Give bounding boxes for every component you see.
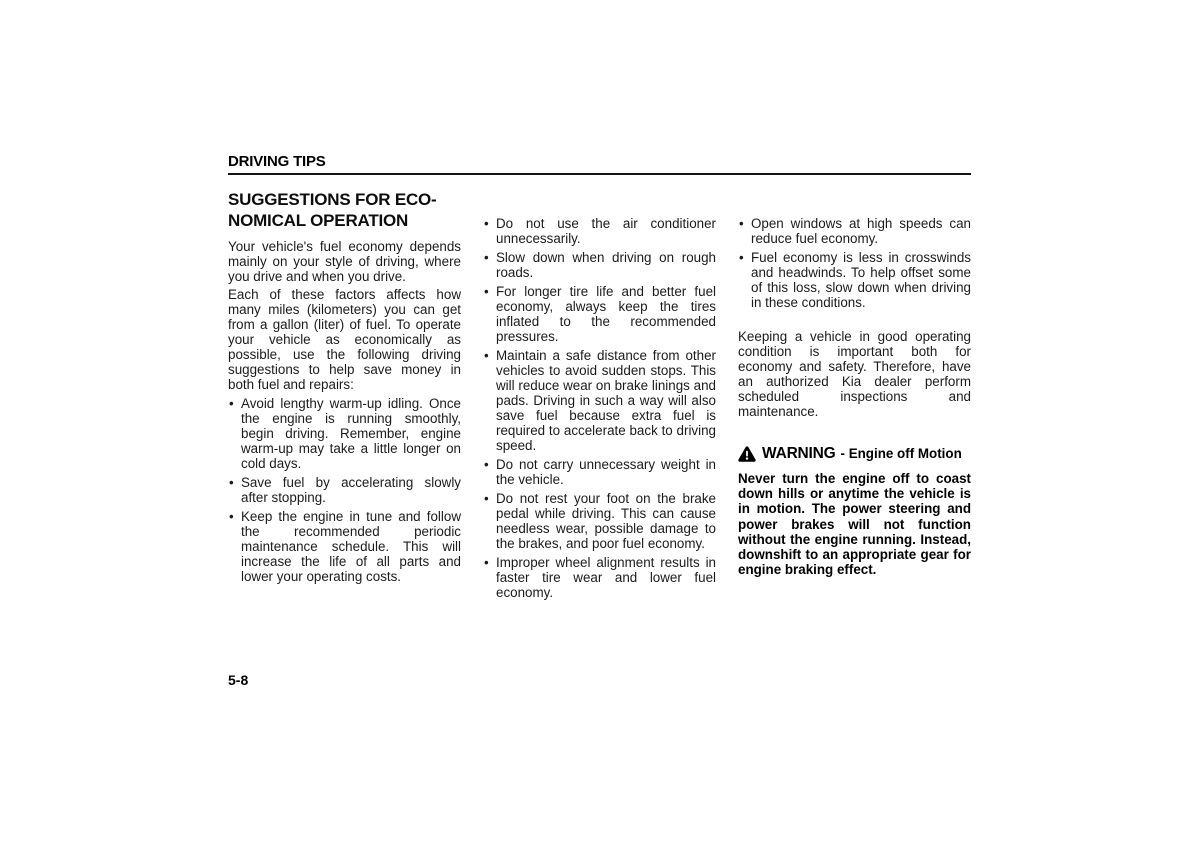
warning-triangle-icon: [738, 446, 756, 467]
list-item-text: Save fuel by accelerating slowly after s…: [241, 475, 461, 505]
list-item-text: Do not rest your foot on the brake pedal…: [496, 491, 716, 551]
section-title-line1: SUGGESTIONS FOR ECO-: [228, 190, 437, 209]
list-item-text: Do not use the air conditioner unnecessa…: [496, 216, 716, 246]
intro-paragraph: Each of these factors affects how many m…: [228, 287, 461, 392]
list-item: • Do not rest your foot on the brake ped…: [483, 491, 716, 551]
list-item: • Keep the engine in tune and follow the…: [228, 509, 461, 584]
bullet-icon: •: [229, 396, 234, 411]
section-title-line2: NOMICAL OPERATION: [228, 211, 408, 230]
list-item: • Avoid lengthy warm-up idling. Once the…: [228, 396, 461, 471]
list-item-text: For longer tire life and better fuel eco…: [496, 284, 716, 344]
three-column-layout: SUGGESTIONS FOR ECO- NOMICAL OPERATION Y…: [228, 189, 971, 604]
list-item-text: Keep the engine in tune and follow the r…: [241, 509, 461, 584]
bullet-icon: •: [484, 348, 489, 363]
warning-block: WARNING - Engine off Motion Never turn t…: [738, 445, 971, 577]
bullet-icon: •: [484, 284, 489, 299]
list-item-text: Fuel economy is less in crosswinds and h…: [751, 250, 971, 310]
list-item: • For longer tire life and better fuel e…: [483, 284, 716, 344]
wind-tips-list: • Open windows at high speeds can reduce…: [738, 216, 971, 310]
list-item: • Open windows at high speeds can reduce…: [738, 216, 971, 246]
list-item-text: Improper wheel alignment results in fast…: [496, 555, 716, 600]
bullet-icon: •: [484, 216, 489, 231]
list-item: • Slow down when driving on rough roads.: [483, 250, 716, 280]
bullet-icon: •: [484, 250, 489, 265]
warning-body: Never turn the engine off to coast down …: [738, 471, 971, 577]
bullet-icon: •: [739, 250, 744, 265]
warning-title: WARNING: [762, 445, 836, 463]
list-item: • Do not use the air conditioner unneces…: [483, 216, 716, 246]
list-item: • Maintain a safe distance from other ve…: [483, 348, 716, 453]
manual-page-content: DRIVING TIPS SUGGESTIONS FOR ECO- NOMICA…: [228, 154, 971, 604]
bullet-icon: •: [229, 475, 234, 490]
list-item-text: Slow down when driving on rough roads.: [496, 250, 716, 280]
column-eco-operation: SUGGESTIONS FOR ECO- NOMICAL OPERATION Y…: [228, 189, 461, 604]
header-rule: [228, 173, 971, 175]
bullet-icon: •: [484, 491, 489, 506]
column-notes-warning: • Open windows at high speeds can reduce…: [738, 189, 971, 604]
list-item-text: Avoid lengthy warm-up idling. Once the e…: [241, 396, 461, 471]
bullet-icon: •: [484, 555, 489, 570]
driving-tips-list: • Do not use the air conditioner unneces…: [483, 216, 716, 600]
list-item-text: Do not carry unnecessary weight in the v…: [496, 457, 716, 487]
chapter-title: DRIVING TIPS: [228, 154, 971, 170]
column-driving-tips: • Do not use the air conditioner unneces…: [483, 189, 716, 604]
bullet-icon: •: [484, 457, 489, 472]
eco-tips-list: • Avoid lengthy warm-up idling. Once the…: [228, 396, 461, 584]
intro-paragraph: Your vehicle's fuel economy depends main…: [228, 239, 461, 284]
page-number: 5-8: [228, 672, 248, 688]
list-item-text: Maintain a safe distance from other vehi…: [496, 348, 716, 453]
list-item: • Save fuel by accelerating slowly after…: [228, 475, 461, 505]
maintenance-paragraph: Keeping a vehicle in good operating cond…: [738, 329, 971, 419]
warning-subtitle: - Engine off Motion: [841, 446, 962, 461]
list-item: • Fuel economy is less in crosswinds and…: [738, 250, 971, 310]
bullet-icon: •: [739, 216, 744, 231]
bullet-icon: •: [229, 509, 234, 524]
list-item: • Do not carry unnecessary weight in the…: [483, 457, 716, 487]
section-title: SUGGESTIONS FOR ECO- NOMICAL OPERATION: [228, 189, 461, 231]
list-item: • Improper wheel alignment results in fa…: [483, 555, 716, 600]
warning-header: WARNING - Engine off Motion: [738, 445, 971, 466]
chapter-header: DRIVING TIPS: [228, 154, 971, 175]
list-item-text: Open windows at high speeds can reduce f…: [751, 216, 971, 246]
